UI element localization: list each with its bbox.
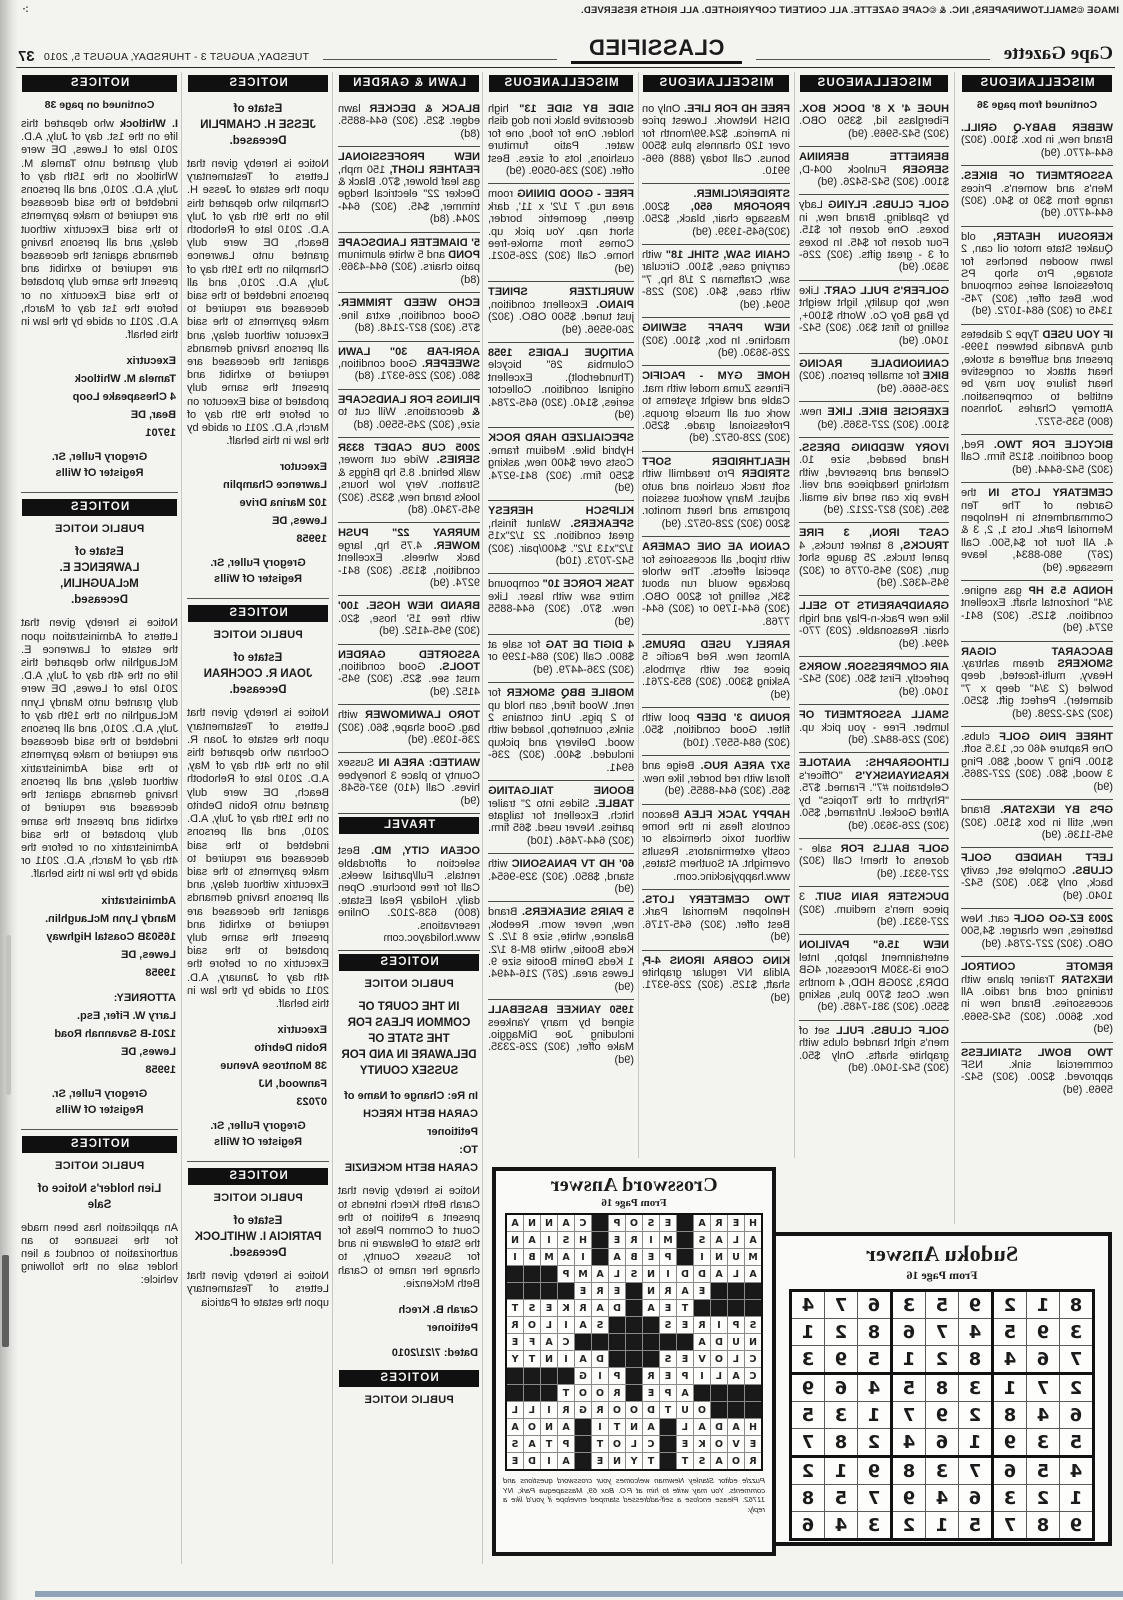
classified-ad: 60' HD TV PANASONIC with stand, $850. (3…: [488, 854, 634, 902]
ad-headline: PILINGS FOR LANDSCAPE &: [338, 394, 480, 418]
crossword-cell: A: [643, 1419, 660, 1436]
classified-ad: HAPPY JACK FLEA Beacon controls fleas in…: [642, 805, 790, 890]
ad-headline: TORO LAWNMOWER: [358, 709, 480, 721]
sudoku-cell: 1: [892, 1346, 926, 1374]
paper-name: Cape Gazette: [1004, 44, 1113, 64]
sudoku-cell: 8: [858, 1319, 892, 1346]
ad-headline: BACCARAT CIGAR SMOKERS: [961, 646, 1113, 670]
section-header: MISCELLANEOUS: [643, 75, 789, 92]
signature-line: Tamela M. Whitlock: [21, 373, 176, 385]
crossword-cell: [609, 1317, 626, 1334]
crossword-cell: B: [524, 1249, 541, 1266]
crossword-cell: N: [524, 1214, 541, 1232]
crossword-cell: D: [609, 1300, 626, 1317]
sudoku-cell: 5: [858, 1346, 892, 1374]
estate-heading-line: Estate of: [187, 652, 329, 664]
crossword-cell: [643, 1334, 660, 1351]
sudoku-cell: 2: [993, 1291, 1027, 1319]
public-notice-label: PUBLIC NOTICE: [338, 1394, 480, 1406]
crossword-cell: A: [575, 1317, 592, 1334]
crossword-cell: H: [575, 1232, 592, 1249]
ad-headline: 1950 YANKEE BASEBALL: [488, 1004, 634, 1016]
classified-ad: 5 PAIRS SNEAKERS. Brand new, never worn.…: [488, 902, 634, 1000]
crossword-cell: M: [575, 1266, 592, 1283]
crossword-cell: O: [711, 1436, 728, 1453]
sudoku-cell: 7: [858, 1485, 892, 1512]
legal-paragraph: An application has been made for the iss…: [21, 1222, 178, 1288]
crossword-cell: [694, 1385, 711, 1402]
crossword-cell: [575, 1453, 592, 1471]
signature-line: Carah B. Krech: [338, 1304, 478, 1316]
crossword-cell: P: [728, 1317, 745, 1334]
sudoku-cell: 3: [993, 1485, 1027, 1512]
crossword-cell: L: [541, 1317, 558, 1334]
classified-ad: BOONE TAILGATING TABLE. Slides into 2" t…: [488, 781, 634, 854]
classified-ad: WANTED: AREA IN Sussex County to place 3…: [338, 753, 480, 814]
crossword-cell: T: [677, 1300, 694, 1317]
crossword-cell: [524, 1283, 541, 1300]
sudoku-cell: 2: [825, 1319, 858, 1346]
classified-ad: BERNETTE BERNINA SERGER Funlock 004-D, $…: [799, 147, 949, 195]
signature-block: ExecutrixRobin Debrito38 Montrose Avenue…: [187, 1024, 327, 1108]
crossword-cell: R: [711, 1214, 728, 1232]
classified-ad: ANTIQUE LADIES 1958 Columbia 26" bicycle…: [488, 343, 634, 428]
crossword-cell: O: [592, 1385, 609, 1402]
crossword-cell: N: [609, 1453, 626, 1471]
crossword-cell: [745, 1402, 763, 1419]
estate-heading: IN THE COURT OFCOMMON PLEAS FORTHE STATE…: [338, 1001, 480, 1077]
crossword-cell: L: [524, 1402, 541, 1419]
classified-ad: RARELY USED DRUMS. Almost new. Red Pacif…: [642, 635, 790, 708]
crossword-cell: F: [524, 1334, 541, 1351]
classified-ad: TASK FORCE 10" compound mitre saw with l…: [488, 574, 634, 635]
ad-headline: GOLFER'S PULL CART.: [819, 285, 949, 297]
classified-ad: HEALTHRIDER SOFT STRIDER Pro treadmill w…: [642, 452, 790, 537]
public-notice-label: PUBLIC NOTICE: [21, 523, 178, 535]
sudoku-cell: 6: [892, 1319, 926, 1346]
crossword-cell: S: [506, 1436, 524, 1453]
estate-heading: Estate ofJESSE H. CHAMPLINDeceased.: [187, 103, 329, 147]
crossword-cell: I: [694, 1249, 711, 1266]
issue-date: TUESDAY, AUGUST 3 - THURSDAY, AUGUST 5, …: [44, 51, 309, 64]
crossword-cell: A: [558, 1249, 575, 1266]
crossword-cell: R: [558, 1402, 575, 1419]
crossword-cell: [541, 1368, 558, 1385]
signature-line: Lewes, DE: [21, 1046, 176, 1058]
signature-line: Bear, DE: [21, 409, 176, 421]
classified-ad: BRAND NEW HOSE. 100' with free 15' hose,…: [338, 596, 480, 644]
sudoku-cell: 5: [959, 1512, 993, 1540]
masthead-rule-right: [323, 58, 556, 60]
register-line: Gregory Fuller, Sr.: [187, 1120, 329, 1132]
column-gutter: [638, 72, 639, 1158]
sudoku-cell: 8: [959, 1346, 993, 1374]
column-3: MISCELLANEOUSFREE HD FOR LIFE. Only on D…: [642, 72, 790, 1160]
scan-edge-smudge: [6, 935, 11, 1095]
ad-headline: ASSORTMENT OF BIKES.: [961, 170, 1113, 182]
section-header: MISCELLANEOUS: [800, 75, 948, 92]
sudoku-grid: 8129536743954768217648215932713854696482…: [789, 1289, 1095, 1541]
sudoku-cell: 5: [791, 1402, 825, 1429]
sudoku-cell: 9: [926, 1402, 959, 1429]
classified-ad: 2005 CUB CADET 833R SERIES. Wide cut mow…: [338, 438, 480, 523]
sudoku-cell: 1: [791, 1319, 825, 1346]
signature-line: In Re: Change of Name of: [338, 1090, 478, 1102]
column-6: NOTICESEstate ofJESSE H. CHAMPLINDecease…: [187, 72, 329, 1572]
crossword-cell: E: [660, 1300, 677, 1317]
classified-ad: FREE HD FOR LIFE. Only on DISH Network. …: [642, 99, 790, 184]
crossword-cell: A: [592, 1266, 609, 1283]
ad-headline: WANTED: AREA IN: [374, 757, 480, 769]
section-header: MISCELLANEOUS: [489, 75, 633, 92]
classified-ad: 5' DIAMETER LANDSCAPE POND and 5 white a…: [338, 233, 480, 294]
classified-ad: NEW PFAFF SEWING machine. In box, $100. …: [642, 318, 790, 366]
classified-ad: ASSORTED GARDEN TOOLS. Good condition, m…: [338, 645, 480, 706]
signature-line: CARAH BETH KRECH: [338, 1108, 478, 1120]
crossword-cell: [711, 1385, 728, 1402]
legal-paragraph: Notice is hereby given that Letters of T…: [187, 707, 329, 1011]
crossword-cell: I: [592, 1419, 609, 1436]
sudoku-cell: 4: [825, 1512, 858, 1540]
crossword-cell: N: [745, 1334, 763, 1351]
crossword-cell: [626, 1283, 643, 1300]
estate-heading-line: Deceased.: [187, 135, 329, 147]
crossword-cell: A: [677, 1385, 694, 1402]
crossword-cell: O: [626, 1214, 643, 1232]
estate-heading-line: LAWRENCE E.: [21, 562, 178, 574]
crossword-cell: A: [592, 1300, 609, 1317]
ad-headline: HEALTHRIDER SOFT STRIDER: [642, 456, 790, 480]
ad-headline: BLACK & DECKER: [361, 103, 480, 115]
column-2: MISCELLANEOUSHUGE 4' X 8' DOCK BOX. Fibe…: [799, 72, 949, 1224]
crossword-cell: A: [558, 1453, 575, 1471]
crossword-cell: O: [694, 1402, 711, 1419]
classified-ad: KING COBRA IRONS 4-P, Aldila NV regular …: [642, 951, 790, 1011]
scan-edge-artifact: [0, 0, 18, 1600]
sudoku-cell: 1: [858, 1402, 892, 1429]
classified-ad: EXERCISE BIKE. LIKE new. $100. (302) 227…: [799, 402, 949, 438]
signature-line: Administratrix: [21, 895, 176, 907]
sudoku-cell: 8: [926, 1374, 959, 1402]
crossword-cell: S: [643, 1214, 660, 1232]
crossword-cell: B: [626, 1249, 643, 1266]
ad-headline: CAST IRON, 3 FIRE TRUCKS,: [799, 527, 949, 551]
classified-ad: LITHOGRAPHS: ANATOLE KRASNYANSKY'S "Offi…: [799, 753, 949, 838]
ad-headline: ROUND 3' DEEP: [690, 712, 790, 724]
crossword-cell: N: [626, 1419, 643, 1436]
sudoku-cell: 7: [1060, 1346, 1094, 1374]
section-header: NOTICES: [188, 605, 328, 622]
public-notice-label: PUBLIC NOTICE: [187, 629, 329, 641]
register-of-wills: Gregory Fuller, Sr.Register Of Wills: [187, 1120, 329, 1162]
register-line: Register Of Wills: [187, 573, 329, 585]
ad-headline: TASK FORCE 10": [539, 578, 634, 590]
crossword-cell: I: [592, 1368, 609, 1385]
sudoku-cell: 7: [993, 1512, 1027, 1540]
section-header: NOTICES: [22, 75, 177, 92]
register-of-wills: Gregory Fuller, Sr.Register Of Wills: [21, 1088, 178, 1130]
ad-headline: BOONE TAILGATING TABLE.: [488, 785, 634, 809]
crossword-cell: S: [694, 1453, 711, 1471]
crossword-cell: I: [694, 1368, 711, 1385]
crossword-cell: S: [745, 1317, 763, 1334]
legal-paragraph: Notice is hereby given that Letters of A…: [21, 617, 178, 881]
classified-ad: SMALL ASSORTMENT OF lumber. Free - you p…: [799, 705, 949, 753]
crossword-cell: O: [711, 1351, 728, 1368]
ad-headline: TWO BOWL STAINLESS: [961, 1047, 1113, 1059]
crossword-cell: T: [524, 1351, 541, 1368]
crossword-cell: L: [677, 1419, 694, 1436]
crossword-cell: E: [609, 1283, 626, 1300]
estate-heading-line: Sale: [21, 1199, 178, 1211]
sudoku-cell: 3: [959, 1374, 993, 1402]
classified-ad: DUCKSTER RAIN SUIT. 3 piece men's medium…: [799, 887, 949, 935]
classified-ad: STRIDER/CLIMER. PROFORM 650, $200. Massa…: [642, 184, 790, 245]
sudoku-cell: 2: [1060, 1374, 1094, 1402]
legal-lead: I. Whitlock: [114, 118, 178, 130]
ad-headline: HAPPY JACK FLEA: [679, 809, 790, 821]
sudoku-cell: 5: [926, 1291, 959, 1319]
classified-ad: KEROSUN HEATER, old Quaker State motor o…: [961, 227, 1113, 325]
crossword-cell: U: [728, 1249, 745, 1266]
crossword-cell: E: [609, 1232, 626, 1249]
sudoku-cell: 1: [825, 1457, 858, 1485]
crossword-cell: E: [592, 1453, 609, 1471]
sudoku-cell: 9: [791, 1374, 825, 1402]
sudoku-cell: 5: [825, 1485, 858, 1512]
crossword-cell: D: [694, 1266, 711, 1283]
classified-ad: GOLF CLUBS. FULL set of men's right hand…: [799, 1021, 949, 1081]
classified-ad: TORO LAWNMOWER with bag. Good shape, $60…: [338, 705, 480, 753]
signature-line: Lewes, DE: [21, 949, 176, 961]
crossword-cell: E: [575, 1283, 592, 1300]
sudoku-title: Sudoku Answer: [776, 1241, 1108, 1267]
ad-headline: SPECIALIZED HARD ROCK: [488, 432, 634, 444]
crossword-cell: R: [694, 1317, 711, 1334]
classified-ad: HOME GYM - PACIFIC Fitness Zuma model wi…: [642, 366, 790, 451]
estate-heading-line: JOAN R. COCHRAN: [187, 668, 329, 680]
crossword-cell: T: [541, 1436, 558, 1453]
signature-line: 1201-B Savannah Road: [21, 1028, 176, 1040]
crossword-cell: D: [643, 1402, 660, 1419]
crossword-cell: [609, 1351, 626, 1368]
sudoku-cell: 6: [1060, 1402, 1094, 1429]
classified-ad: ECHO WEED TRIMMER. Good condition, extra…: [338, 293, 480, 341]
classified-ad: NEW PROFESSIONAL FEATHER LIGHT, 150 mph,…: [338, 147, 480, 232]
section-header: NOTICES: [22, 1136, 177, 1153]
ad-headline: 5X7 AREA RUG.: [695, 760, 791, 772]
crossword-cell: I: [711, 1317, 728, 1334]
sudoku-cell: 8: [1060, 1291, 1094, 1319]
ad-headline: GOLF CLUBS. FLYING: [823, 199, 949, 211]
crossword-cell: I: [541, 1232, 558, 1249]
crossword-cell: T: [677, 1453, 694, 1471]
ad-headline: SMALL ASSORTMENT OF: [799, 709, 949, 721]
sudoku-cell: 5: [993, 1319, 1027, 1346]
ad-headline: LEFT HANDED GOLF CLUBS.: [961, 852, 1113, 876]
sudoku-cell: 4: [858, 1374, 892, 1402]
crossword-cell: O: [609, 1402, 626, 1419]
crossword-cell: L: [728, 1266, 745, 1283]
crossword-cell: [626, 1368, 643, 1385]
crossword-cell: I: [541, 1453, 558, 1471]
classified-ad: CANNONDALE RACING BIKE for smaller perso…: [799, 354, 949, 402]
signature-line: 19958: [21, 967, 176, 979]
estate-heading-line: THE STATE OF: [338, 1033, 480, 1045]
crossword-cell: N: [541, 1351, 558, 1368]
crossword-cell: T: [609, 1419, 626, 1436]
crossword-cell: C: [575, 1214, 592, 1232]
signature-line: Larry W. Fifer, Esq.: [21, 1010, 176, 1022]
crossword-editor-note: Puzzle editor Stanley Newman welcomes yo…: [503, 1476, 765, 1514]
sudoku-cell: 1: [993, 1374, 1027, 1402]
signature-line: CARAH BETH MCKENZIE: [338, 1162, 478, 1174]
sudoku-cell: 9: [1027, 1319, 1060, 1346]
column-gutter: [954, 72, 955, 1224]
crossword-cell: E: [694, 1283, 711, 1300]
classified-ad: SIDE BY SIDE 13" high decorative black i…: [488, 99, 634, 184]
crossword-cell: E: [506, 1334, 524, 1351]
ad-headline: 2003 EZ-GO GOLF: [1009, 913, 1113, 925]
estate-heading-line: Estate of: [21, 546, 178, 558]
crossword-cell: A: [609, 1249, 626, 1266]
crossword-cell: I: [660, 1266, 677, 1283]
crossword-cell: [660, 1419, 677, 1436]
crossword-cell: M: [660, 1232, 677, 1249]
estate-heading-line: PATRICIA I. WHITLOCK: [187, 1231, 329, 1243]
crossword-cell: [643, 1317, 660, 1334]
estate-heading-line: Deceased.: [21, 594, 178, 606]
page-number: 37: [18, 50, 35, 64]
crossword-cell: E: [677, 1351, 694, 1368]
crossword-cell: E: [660, 1368, 677, 1385]
signature-block: ExecutrixTamela M. Whitlock4 Chesapeake …: [21, 355, 176, 439]
crossword-cell: R: [643, 1368, 660, 1385]
classified-ad: 4 DIGIT DE TAG for sale at $800. Call (3…: [488, 635, 634, 683]
legal-paragraph: I. Whitlock who departed this life on th…: [21, 118, 178, 342]
classified-ad: PILINGS FOR LANDSCAPE & decorations. Wil…: [338, 390, 480, 438]
crossword-cell: G: [575, 1402, 592, 1419]
crossword-cell: [745, 1385, 763, 1402]
register-of-wills: Gregory Fuller, Sr.Register Of Wills: [21, 451, 178, 493]
classified-ad: MOBILE BBQ SMOKER for rent. Wood fired, …: [488, 683, 634, 781]
sudoku-cell: 7: [892, 1402, 926, 1429]
ad-headline: NEW 15.6" PAVILION: [799, 939, 949, 951]
sudoku-cell: 9: [892, 1485, 926, 1512]
crossword-grid: HERAESOPCANNAALASMIREHSIANMUNIPEBAIAMBIA…: [505, 1213, 763, 1471]
section-header: NOTICES: [22, 499, 177, 516]
crossword-cell: O: [575, 1385, 592, 1402]
signature-line: Executrix: [21, 355, 176, 367]
classified-ad: CANON AE ONE CAMERA with tripod, all acc…: [642, 537, 790, 635]
classified-ad: GRANDPARENTS TO SELL like new Pack-n-Pla…: [799, 596, 949, 657]
ad-headline: ASSORTED GARDEN TOOLS.: [338, 649, 480, 673]
sudoku-cell: 7: [959, 1457, 993, 1485]
estate-heading-line: SUSSEX COUNTY: [338, 1065, 480, 1077]
ad-headline: NEW PFAFF SEWING: [642, 322, 790, 334]
crossword-cell: P: [677, 1368, 694, 1385]
crossword-cell: A: [745, 1266, 763, 1283]
crossword-cell: N: [541, 1419, 558, 1436]
signature-line: 102 Marina Drive: [187, 497, 327, 509]
sudoku-cell: 3: [791, 1346, 825, 1374]
classified-ad: REMOTE CONTROL NEXSTAR Trainer plane wit…: [961, 957, 1113, 1042]
classified-ad: TWO BOWL STAINLESS commercial sink. NSF …: [961, 1043, 1113, 1103]
ad-headline: 5' DIAMETER LANDSCAPE POND: [338, 237, 480, 261]
sudoku-cell: 6: [993, 1457, 1027, 1485]
crossword-cell: E: [677, 1436, 694, 1453]
ad-headline: BICYCLE FOR TWO.: [984, 439, 1113, 451]
sudoku-answer-box: Sudoku Answer From Page 16 8129536743954…: [772, 1232, 1112, 1546]
sudoku-cell: 8: [1027, 1512, 1060, 1540]
crossword-cell: S: [524, 1300, 541, 1317]
ad-headline: DUCKSTER RAIN SUIT.: [805, 891, 949, 903]
ad-headline: CANNONDALE RACING BIKE: [799, 358, 949, 382]
estate-heading: Estate ofLAWRENCE E.McLAUGHLIN,Deceased.: [21, 546, 178, 606]
ad-headline: KING COBRA IRONS 4-P,: [642, 955, 790, 967]
estate-heading-line: DELAWARE IN AND FOR: [338, 1049, 480, 1061]
classified-ad: IF YOU USED Type 2 diabetes drug Avandia…: [961, 325, 1113, 435]
crossword-cell: [728, 1300, 745, 1317]
continued-note: Continued on page 38: [21, 99, 178, 111]
crossword-cell: A: [694, 1214, 711, 1232]
ad-headline: HOME GYM - PACIFIC: [642, 370, 790, 382]
crossword-cell: [592, 1249, 609, 1266]
crossword-cell: [728, 1402, 745, 1419]
crossword-cell: S: [592, 1317, 609, 1334]
estate-heading: Estate ofJOAN R. COCHRANDeceased.: [187, 652, 329, 696]
sudoku-cell: 4: [1060, 1457, 1094, 1485]
crossword-cell: M: [745, 1249, 763, 1266]
crossword-cell: A: [711, 1266, 728, 1283]
crossword-cell: [711, 1300, 728, 1317]
classified-ad: SPECIALIZED HARD ROCK Hybrid bike. Mediu…: [488, 428, 634, 501]
sudoku-cell: 2: [926, 1346, 959, 1374]
legal-paragraph: Notice is hereby given that Letters of T…: [187, 1270, 329, 1310]
ad-headline: IVORY WEDDING DRESS.: [799, 442, 949, 454]
crossword-cell: L: [506, 1402, 524, 1419]
classified-ad: WEBER BABY-Q GRILL. Brand new, in box. $…: [961, 118, 1113, 166]
sudoku-cell: 2: [959, 1402, 993, 1429]
classified-ad: HONDA 5.5 HP gas engine. 3/4" horizontal…: [961, 581, 1113, 642]
crossword-title: Crossword Answer: [496, 1174, 772, 1197]
legal-paragraph: Notice is hereby given that Letters of T…: [187, 158, 329, 448]
register-line: Register Of Wills: [21, 1104, 178, 1116]
estate-heading-line: Estate of: [187, 1215, 329, 1227]
crossword-cell: Y: [506, 1351, 524, 1368]
signature-line: 19958: [187, 533, 327, 545]
sudoku-cell: 8: [825, 1429, 858, 1457]
crossword-cell: [524, 1266, 541, 1283]
ad-headline: WURLITZER SPINET PIANO.: [488, 286, 634, 310]
estate-heading: Lien holder's Notice ofSale: [21, 1183, 178, 1211]
masthead-rule-left: [756, 58, 989, 60]
crossword-cell: N: [541, 1214, 558, 1232]
crossword-cell: A: [643, 1300, 660, 1317]
crossword-cell: [575, 1334, 592, 1351]
classified-ad: ASSORTMENT OF BIKES. Men's and women's. …: [961, 166, 1113, 227]
sudoku-cell: 3: [825, 1402, 858, 1429]
mirrored-page-content: IMAGE ©SMALLTOWNPAPERS, INC. & ©CAPE GAZ…: [0, 0, 1123, 1600]
classified-ad: CAST IRON, 3 FIRE TRUCKS, 8 tanker truck…: [799, 523, 949, 596]
estate-heading: Estate ofPATRICIA I. WHITLOCKDeceased.: [187, 1215, 329, 1259]
classified-ad: GOLF BALLS FOR sale - dozens of them! Ca…: [799, 839, 949, 887]
copyright-line: IMAGE ©SMALLTOWNPAPERS, INC. & ©CAPE GAZ…: [581, 5, 1119, 16]
ad-headline: GOLF CLUBS. FULL: [830, 1025, 949, 1037]
estate-heading-line: IN THE COURT OF: [338, 1001, 480, 1013]
crossword-cell: G: [575, 1368, 592, 1385]
classified-ad: 2003 EZ-GO GOLF cart. New batteries, new…: [961, 909, 1113, 957]
